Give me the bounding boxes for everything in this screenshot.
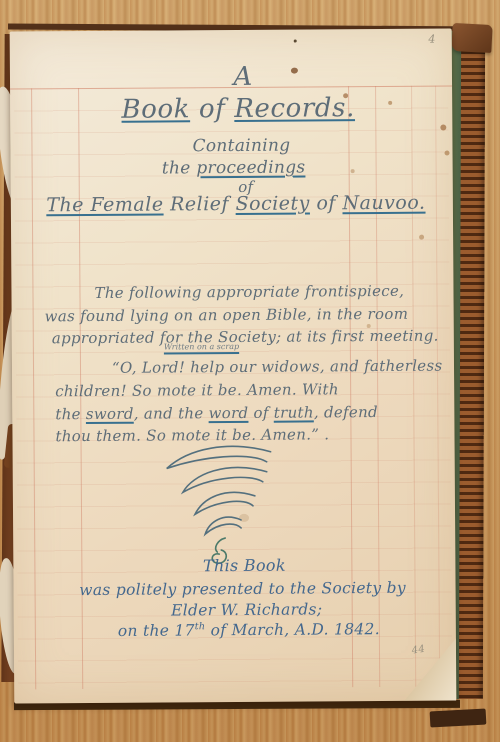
foxing-spot <box>419 235 424 240</box>
title-word-the-female: The Female <box>46 193 163 216</box>
quote-line-1: “O, Lord! help our widows, and fatherles… <box>112 357 443 377</box>
ordinal-superscript: th <box>195 621 206 632</box>
leather-corner-bottom-right <box>430 709 487 728</box>
interlinear-annotation: Written on a scrap <box>164 342 239 352</box>
presentation-line-2: was politely presented to the Society by <box>79 579 406 599</box>
quote-word-sword: sword <box>86 405 134 423</box>
title-book-of-records: Book of Records. <box>121 93 355 125</box>
title-word-of2: of <box>310 192 343 214</box>
quote-seg: , defend <box>314 403 378 421</box>
title-word-society: Society <box>236 192 310 215</box>
title-word-relief: Relief <box>163 193 235 216</box>
title-word-proceedings: proceedings <box>196 157 305 178</box>
quote-word-word: word <box>209 404 249 422</box>
quote-seg: of <box>248 404 273 422</box>
leather-corner-top-right <box>451 23 492 53</box>
title-containing: Containing <box>192 136 290 157</box>
foxing-spot <box>294 40 297 43</box>
foxing-spot <box>445 150 450 155</box>
title-society-name: The Female Relief Society of Nauvoo. <box>46 192 425 217</box>
page-number: 4 <box>428 33 435 46</box>
quote-line-3: the sword, and the word of truth, defend <box>55 403 378 423</box>
quote-line-2: children! So mote it be. Amen. With <box>55 380 339 400</box>
quote-word-truth: truth <box>274 403 314 421</box>
presentation-seg: of March, A.D. 1842. <box>205 620 380 639</box>
corner-mark: 44 <box>411 644 426 657</box>
fore-edge-page-stack <box>457 33 485 699</box>
title-word-records: Records. <box>234 93 355 124</box>
title-the-proceedings: the proceedings <box>162 157 306 178</box>
title-word-nauvoo: Nauvoo. <box>342 192 425 215</box>
presentation-seg: on the 17 <box>118 621 195 640</box>
title-word-of: of <box>190 94 234 124</box>
foxing-spot <box>440 125 446 131</box>
quote-seg: , and the <box>134 404 209 423</box>
title-word-book: Book <box>121 94 190 124</box>
presentation-line-1: This Book <box>203 556 286 576</box>
foxing-spot <box>388 101 392 105</box>
frontispiece-line-1: The following appropriate frontispiece, <box>94 282 404 302</box>
quote-seg: the <box>55 405 86 423</box>
title-word-the: the <box>162 158 197 178</box>
presentation-line-3: Elder W. Richards; <box>171 600 322 619</box>
ledger-page: 4 A Book of Records. Containing the proc… <box>10 28 457 703</box>
foxing-spot <box>291 68 298 74</box>
title-letter-a: A <box>233 62 252 92</box>
presentation-line-4: on the 17th of March, A.D. 1842. <box>118 620 380 640</box>
frontispiece-line-3: appropriated for the Society; at its fir… <box>52 327 439 348</box>
photo-of-minute-book-on-wooden-table: 4 A Book of Records. Containing the proc… <box>0 0 500 742</box>
foxing-spot <box>351 169 355 173</box>
frontispiece-line-2: was found lying on an open Bible, in the… <box>45 305 409 326</box>
